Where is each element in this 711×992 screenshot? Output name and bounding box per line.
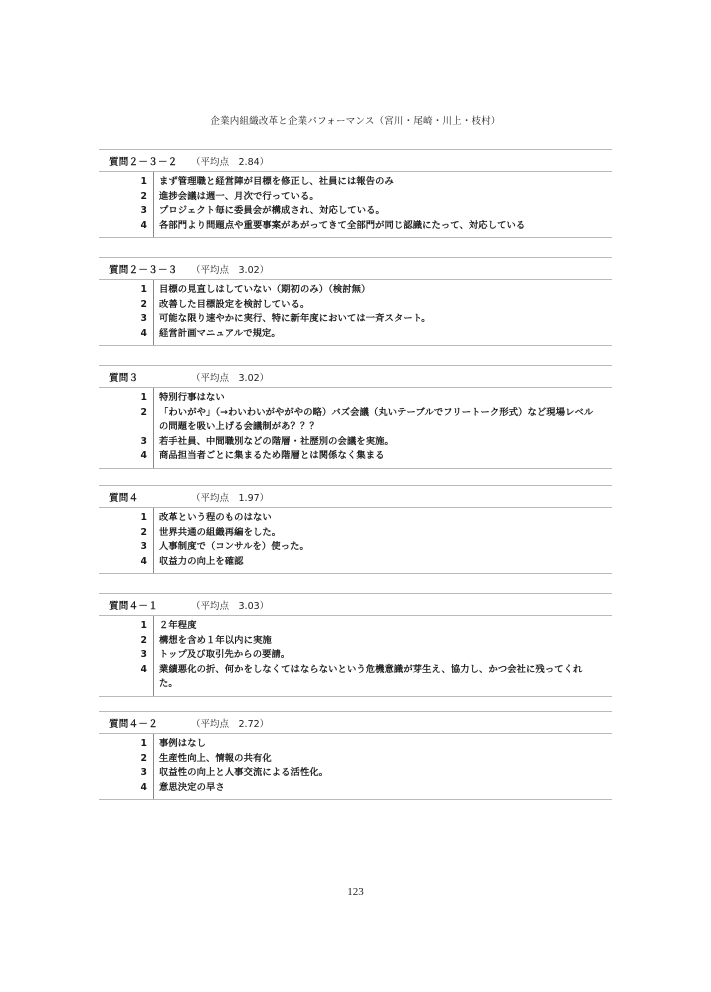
answer-text: トップ及び取引先からの要請。	[159, 648, 612, 663]
answer-text: 「わいがや」（→わいわいがやがやの略）バズ会議（丸いテーブルでフリートーク形式）…	[159, 406, 612, 435]
answer-row: 2進捗会議は週一、月次で行っている。	[99, 190, 612, 205]
answer-text: 特別行事はない	[159, 391, 612, 406]
answer-text: 構想を含め１年以内に実施	[159, 634, 612, 649]
answer-number: 4	[99, 449, 159, 464]
answer-row: 1目標の見直しはしていない（期初のみ）（検討無）	[99, 283, 612, 298]
answer-list: 1特別行事はない 2「わいがや」（→わいわいがやがやの略）バズ会議（丸いテーブル…	[99, 388, 612, 469]
answer-text: 人事制度で（コンサルを）使った。	[159, 540, 612, 555]
answer-text: 目標の見直しはしていない（期初のみ）（検討無）	[159, 283, 612, 298]
answer-text: 若手社員、中間職別などの階層・社歴別の会議を実施。	[159, 435, 612, 450]
average-score: （平均点 1.97）	[191, 490, 269, 504]
answer-text: 進捗会議は週一、月次で行っている。	[159, 190, 612, 205]
answer-list: 1改革という程のものはない 2世界共通の組織再編をした。 3人事制度で（コンサル…	[99, 508, 612, 574]
question-title-row: 質問４－１ （平均点 3.03）	[99, 593, 612, 616]
question-title-row: 質問３ （平均点 3.02）	[99, 365, 612, 388]
answer-text: 改善した目標設定を検討している。	[159, 298, 612, 313]
answer-number: 1	[99, 391, 159, 406]
answer-row: 3若手社員、中間職別などの階層・社歴別の会議を実施。	[99, 435, 612, 450]
answer-text: 世界共通の組織再編をした。	[159, 526, 612, 541]
answer-text: 改革という程のものはない	[159, 511, 612, 526]
answer-number: 1	[99, 737, 159, 752]
answer-number: 4	[99, 781, 159, 796]
answer-row: 2改善した目標設定を検討している。	[99, 298, 612, 313]
answer-row: 4経営計画マニュアルで規定。	[99, 327, 612, 342]
answer-row: 1２年程度	[99, 619, 612, 634]
question-block-2-3-2: 質問２－３－２ （平均点 2.84） 1まず管理職と経営陣が目標を修正し、社員に…	[99, 149, 612, 238]
question-label: 質問４	[109, 490, 138, 504]
answer-number: 2	[99, 190, 159, 205]
answer-number: 4	[99, 555, 159, 570]
answer-number: 1	[99, 283, 159, 298]
answer-number: 3	[99, 766, 159, 781]
answer-number: 3	[99, 312, 159, 327]
answer-row: 1改革という程のものはない	[99, 511, 612, 526]
answer-number: 2	[99, 526, 159, 541]
question-block-4-2: 質問４－２ （平均点 2.72） 1事例はなし 2生産性向上、情報の共有化 3収…	[99, 711, 612, 800]
answer-number: 1	[99, 175, 159, 190]
answer-text: 意思決定の早さ	[159, 781, 612, 796]
answer-row: 3収益性の向上と人事交流による活性化。	[99, 766, 612, 781]
question-block-3: 質問３ （平均点 3.02） 1特別行事はない 2「わいがや」（→わいわいがやが…	[99, 365, 612, 469]
answer-text: ２年程度	[159, 619, 612, 634]
average-score: （平均点 3.02）	[191, 370, 269, 384]
answer-text: 経営計画マニュアルで規定。	[159, 327, 612, 342]
answer-number: 2	[99, 406, 159, 421]
answer-row: 4業績悪化の折、何かをしなくてはならないという危機意識が芽生え、協力し、かつ会社…	[99, 663, 612, 692]
answer-list: 1まず管理職と経営陣が目標を修正し、社員には報告のみ 2進捗会議は週一、月次で行…	[99, 172, 612, 238]
answer-row: 3トップ及び取引先からの要請。	[99, 648, 612, 663]
answer-row: 2構想を含め１年以内に実施	[99, 634, 612, 649]
answer-text: プロジェクト毎に委員会が構成され、対応している。	[159, 204, 612, 219]
answer-text: 事例はなし	[159, 737, 612, 752]
answer-number: 1	[99, 619, 159, 634]
answer-number: 1	[99, 511, 159, 526]
answer-row: 4各部門より問題点や重要事案があがってきて全部門が同じ認識にたって、対応している	[99, 219, 612, 234]
average-score: （平均点 2.72）	[191, 716, 269, 730]
answer-number: 2	[99, 752, 159, 767]
question-title-row: 質問２－３－２ （平均点 2.84）	[99, 149, 612, 172]
question-label: 質問４－１	[109, 598, 158, 612]
answer-number: 3	[99, 540, 159, 555]
answer-row: 2生産性向上、情報の共有化	[99, 752, 612, 767]
answer-number: 4	[99, 663, 159, 678]
page-number: 123	[0, 886, 711, 898]
answer-row: 2世界共通の組織再編をした。	[99, 526, 612, 541]
answer-text: 生産性向上、情報の共有化	[159, 752, 612, 767]
answer-text: 業績悪化の折、何かをしなくてはならないという危機意識が芽生え、協力し、かつ会社に…	[159, 663, 612, 692]
question-label: 質問４－２	[109, 716, 158, 730]
answer-text: 各部門より問題点や重要事案があがってきて全部門が同じ認識にたって、対応している	[159, 219, 612, 234]
average-score: （平均点 3.02）	[191, 262, 269, 276]
question-block-2-3-3: 質問２－３－３ （平均点 3.02） 1目標の見直しはしていない（期初のみ）（検…	[99, 257, 612, 346]
answer-row: 2「わいがや」（→わいわいがやがやの略）バズ会議（丸いテーブルでフリートーク形式…	[99, 406, 612, 435]
question-title-row: 質問２－３－３ （平均点 3.02）	[99, 257, 612, 280]
answer-text: 収益力の向上を確認	[159, 555, 612, 570]
answer-number: 4	[99, 219, 159, 234]
answer-row: 4商品担当者ごとに集まるため階層とは関係なく集まる	[99, 449, 612, 464]
answer-row: 3プロジェクト毎に委員会が構成され、対応している。	[99, 204, 612, 219]
answer-row: 4意思決定の早さ	[99, 781, 612, 796]
answer-text: 可能な限り速やかに実行、特に新年度においては一斉スタート。	[159, 312, 612, 327]
answer-row: 3人事制度で（コンサルを）使った。	[99, 540, 612, 555]
answer-list: 1目標の見直しはしていない（期初のみ）（検討無） 2改善した目標設定を検討してい…	[99, 280, 612, 346]
question-block-4: 質問４ （平均点 1.97） 1改革という程のものはない 2世界共通の組織再編を…	[99, 485, 612, 574]
answer-text: 収益性の向上と人事交流による活性化。	[159, 766, 612, 781]
answer-row: 1事例はなし	[99, 737, 612, 752]
answer-row: 1まず管理職と経営陣が目標を修正し、社員には報告のみ	[99, 175, 612, 190]
answer-text: 商品担当者ごとに集まるため階層とは関係なく集まる	[159, 449, 612, 464]
question-label: 質問２－３－３	[109, 262, 178, 276]
question-title-row: 質問４－２ （平均点 2.72）	[99, 711, 612, 734]
answer-number: 2	[99, 298, 159, 313]
answer-number: 2	[99, 634, 159, 649]
answer-text: まず管理職と経営陣が目標を修正し、社員には報告のみ	[159, 175, 612, 190]
answer-row: 1特別行事はない	[99, 391, 612, 406]
average-score: （平均点 3.03）	[191, 598, 269, 612]
answer-number: 4	[99, 327, 159, 342]
question-label: 質問２－３－２	[109, 154, 178, 168]
answer-number: 3	[99, 204, 159, 219]
running-header: 企業内組織改革と企業パフォーマンス（宮川・尾崎・川上・枝村）	[0, 113, 711, 127]
average-score: （平均点 2.84）	[191, 154, 269, 168]
answer-row: 3可能な限り速やかに実行、特に新年度においては一斉スタート。	[99, 312, 612, 327]
answer-number: 3	[99, 435, 159, 450]
question-label: 質問３	[109, 370, 138, 384]
question-title-row: 質問４ （平均点 1.97）	[99, 485, 612, 508]
answer-list: 1事例はなし 2生産性向上、情報の共有化 3収益性の向上と人事交流による活性化。…	[99, 734, 612, 800]
answer-number: 3	[99, 648, 159, 663]
answer-list: 1２年程度 2構想を含め１年以内に実施 3トップ及び取引先からの要請。 4業績悪…	[99, 616, 612, 697]
answer-row: 4収益力の向上を確認	[99, 555, 612, 570]
question-block-4-1: 質問４－１ （平均点 3.03） 1２年程度 2構想を含め１年以内に実施 3トッ…	[99, 593, 612, 697]
